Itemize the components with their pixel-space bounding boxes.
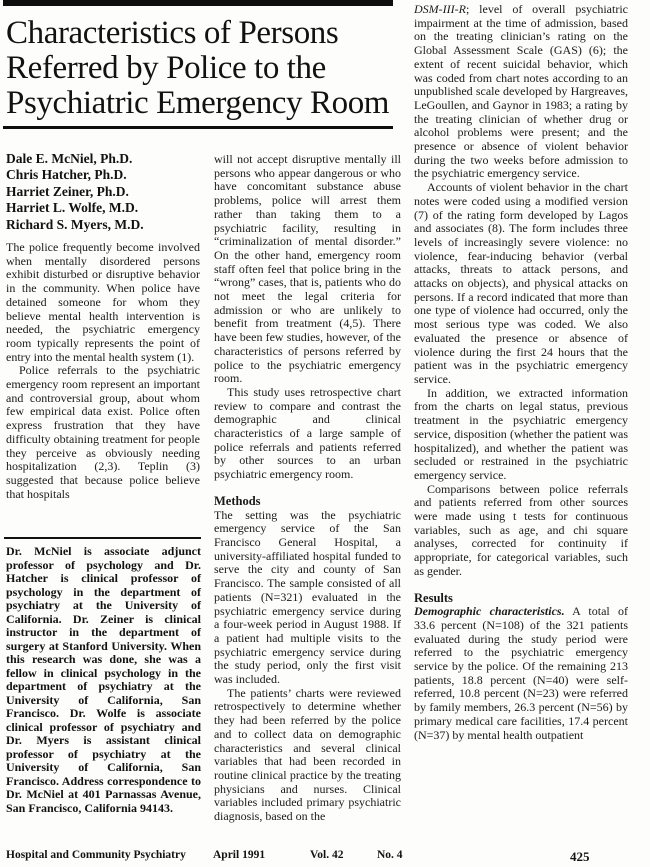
section-heading-results: Results bbox=[414, 592, 628, 606]
page-footer: Hospital and Community Psychiatry April … bbox=[0, 849, 650, 865]
paragraph: Accounts of violent behavior in the char… bbox=[414, 181, 628, 387]
title-divider-rule bbox=[3, 126, 393, 129]
paragraph: The police frequently become involved wh… bbox=[6, 241, 200, 364]
paragraph: In addition, we extracted information fr… bbox=[414, 387, 628, 483]
paragraph-text: A total of 33.6 percent (N=108) of the 3… bbox=[414, 604, 628, 741]
volume-label: Vol. 42 bbox=[310, 849, 343, 861]
subsection-lead: Demographic characteristics. bbox=[414, 604, 565, 618]
issue-number: No. 4 bbox=[377, 849, 403, 861]
author-name: Dale E. McNiel, Ph.D. bbox=[6, 151, 206, 167]
paragraph: This study uses retrospective chart revi… bbox=[214, 386, 401, 482]
title-line: Characteristics of Persons bbox=[6, 16, 408, 51]
paragraph: The patients’ charts were reviewed retro… bbox=[214, 687, 401, 824]
author-name: Harriet L. Wolfe, M.D. bbox=[6, 200, 206, 216]
column-3: DSM-III-R; level of overall psychiatric … bbox=[414, 3, 628, 742]
author-affiliation-footnote: Dr. McNiel is associate adjunct professo… bbox=[6, 545, 201, 815]
top-rule-bar bbox=[3, 0, 393, 6]
author-name: Harriet Zeiner, Ph.D. bbox=[6, 184, 206, 200]
paragraph: The setting was the psychiatric emergenc… bbox=[214, 509, 401, 687]
title-line: Psychiatric Emergency Room bbox=[6, 86, 408, 121]
author-list: Dale E. McNiel, Ph.D. Chris Hatcher, Ph.… bbox=[6, 151, 206, 233]
column-1: The police frequently become involved wh… bbox=[6, 241, 200, 501]
author-name: Chris Hatcher, Ph.D. bbox=[6, 167, 206, 183]
title-line: Referred by Police to the bbox=[6, 51, 408, 86]
footnote-divider-rule bbox=[4, 537, 201, 539]
italic-term: DSM-III-R bbox=[414, 2, 466, 16]
journal-name: Hospital and Community Psychiatry bbox=[6, 849, 186, 861]
journal-page: Characteristics of Persons Referred by P… bbox=[0, 0, 650, 867]
paragraph: Comparisons between police referrals and… bbox=[414, 483, 628, 579]
article-title: Characteristics of Persons Referred by P… bbox=[6, 16, 408, 121]
author-name: Richard S. Myers, M.D. bbox=[6, 217, 206, 233]
paragraph-text: ; level of overall psychiatric impairmen… bbox=[414, 2, 628, 180]
paragraph: Demographic characteristics. A total of … bbox=[414, 605, 628, 742]
page-number: 425 bbox=[570, 849, 590, 865]
paragraph: will not accept disruptive mentally ill … bbox=[214, 153, 401, 386]
paragraph: Police referrals to the psychiatric emer… bbox=[6, 364, 200, 501]
section-heading-methods: Methods bbox=[214, 495, 401, 509]
paragraph: DSM-III-R; level of overall psychiatric … bbox=[414, 3, 628, 181]
column-2: will not accept disruptive mentally ill … bbox=[214, 153, 401, 824]
issue-date: April 1991 bbox=[213, 849, 265, 861]
